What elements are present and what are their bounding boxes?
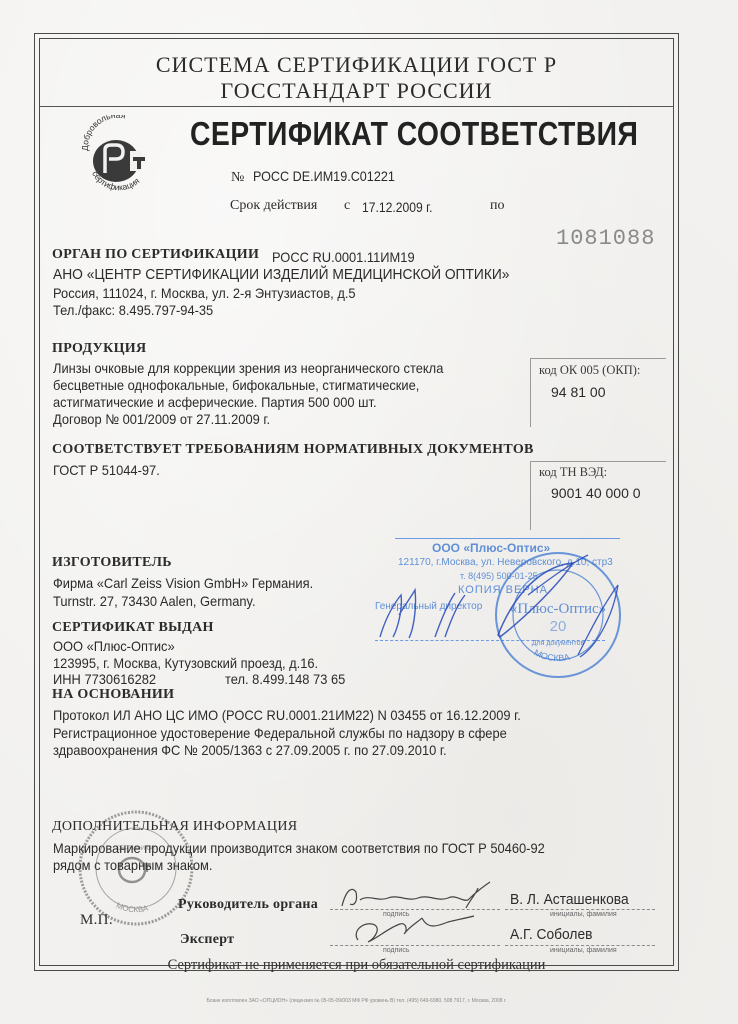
tnved-code-box: код ТН ВЭД: 9001 40 000 0 bbox=[530, 461, 666, 530]
issued-to-company: ООО «Плюс-Оптис» bbox=[53, 638, 175, 655]
expert-name-line bbox=[505, 945, 655, 946]
head-signature-icon bbox=[338, 880, 498, 912]
basis-heading: НА ОСНОВАНИИ bbox=[52, 687, 174, 703]
director-signature-icon bbox=[375, 575, 475, 645]
conformity-standard: ГОСТ Р 51044-97. bbox=[53, 462, 160, 479]
certification-body-name: АНО «ЦЕНТР СЕРТИФИКАЦИИ ИЗДЕЛИЙ МЕДИЦИНС… bbox=[53, 266, 509, 283]
issued-to-phone: тел. 8.499.148 73 65 bbox=[225, 671, 345, 688]
expert-name: А.Г. Соболев bbox=[510, 926, 592, 943]
blank-serial-number: 1081088 bbox=[556, 226, 655, 251]
expert-signature-icon bbox=[348, 912, 478, 948]
svg-text:МОСКВА: МОСКВА bbox=[532, 647, 570, 663]
certificate-page: СИСТЕМА СЕРТИФИКАЦИИ ГОСТ Р ГОССТАНДАРТ … bbox=[0, 0, 738, 1024]
svg-text:СЕРТИФИКАТ: СЕРТИФИКАТ bbox=[116, 846, 156, 852]
certificate-title: СЕРТИФИКАТ СООТВЕТСТВИЯ bbox=[190, 115, 638, 153]
tnved-code-value: 9001 40 000 0 bbox=[551, 485, 641, 501]
basis-registration-period: здравоохранения ФС № 2005/1363 с 27.09.2… bbox=[53, 742, 447, 759]
blank-print-note: Бланк изготовлен ЗАО «ОПЦИОН» (лицензия … bbox=[39, 998, 674, 1004]
manufacturer-address: Turnstr. 27, 73430 Aalen, Germany. bbox=[53, 593, 256, 610]
number-sign: № bbox=[231, 170, 244, 185]
certificate-number: РОСС DE.ИМ19.С01221 bbox=[253, 168, 395, 184]
manufacturer-heading: ИЗГОТОВИТЕЛЬ bbox=[52, 555, 172, 571]
certificate-number-row: № РОСС DE.ИМ19.С01221 bbox=[231, 168, 410, 186]
issued-to-inn: ИНН 7730616282 bbox=[53, 671, 156, 688]
stamp-place-label: М.П. bbox=[80, 912, 113, 929]
svg-text:МОСКВА: МОСКВА bbox=[115, 901, 150, 915]
head-of-body-name: В. Л. Асташенкова bbox=[510, 891, 629, 908]
basis-protocol: Протокол ИЛ АНО ЦС ИМО (РОСС RU.0001.21И… bbox=[53, 707, 521, 724]
product-line: бесцветные однофокальные, бифокальные, с… bbox=[53, 377, 419, 394]
okp-code-box: код ОК 005 (ОКП): 94 81 00 bbox=[530, 358, 666, 427]
conformity-heading: СООТВЕТСТВУЕТ ТРЕБОВАНИЯМ НОРМАТИВНЫХ ДО… bbox=[52, 442, 534, 458]
product-contract: Договор № 001/2009 от 27.11.2009 г. bbox=[53, 411, 270, 428]
expert-name-caption: инициалы, фамилия bbox=[550, 947, 617, 954]
svg-text:«Плюс-Оптис»: «Плюс-Оптис» bbox=[510, 601, 606, 617]
svg-text:20: 20 bbox=[550, 618, 567, 635]
header-divider bbox=[39, 106, 674, 107]
basis-registration: Регистрационное удостоверение Федерально… bbox=[53, 725, 507, 742]
expert-label: Эксперт bbox=[180, 932, 234, 948]
head-of-body-label: Руководитель органа bbox=[178, 897, 318, 913]
rst-voluntary-certification-logo-icon: Добровольная сертификация bbox=[78, 115, 158, 195]
okp-code-label: код ОК 005 (ОКП): bbox=[539, 363, 640, 378]
head-signature-line bbox=[330, 909, 500, 910]
product-line: астигматические и асферические. Партия 5… bbox=[53, 394, 377, 411]
okp-code-value: 94 81 00 bbox=[551, 384, 606, 400]
validity-from-date: 17.12.2009 г. bbox=[362, 200, 433, 215]
head-name-caption: инициалы, фамилия bbox=[550, 911, 617, 918]
validity-to-label: по bbox=[490, 198, 505, 214]
certification-body-heading: ОРГАН ПО СЕРТИФИКАЦИИ bbox=[52, 247, 259, 263]
issued-to-address: 123995, г. Москва, Кутузовский проезд, д… bbox=[53, 655, 318, 672]
gosstandard-title: ГОССТАНДАРТ РОССИИ bbox=[39, 78, 674, 104]
company-round-stamp-icon: «Плюс-Оптис» 20 Для документов МОСКВА bbox=[488, 545, 628, 685]
certification-body-code: РОСС RU.0001.11ИМ19 bbox=[272, 249, 415, 266]
issued-to-heading: СЕРТИФИКАТ ВЫДАН bbox=[52, 620, 214, 636]
expert-signature-line bbox=[330, 945, 500, 946]
certification-body-phone: Тел./факс: 8.495.797-94-35 bbox=[53, 302, 213, 319]
voluntary-only-note: Сертификат не применяется при обязательн… bbox=[39, 957, 674, 974]
tnved-code-label: код ТН ВЭД: bbox=[539, 465, 607, 480]
certification-body-address: Россия, 111024, г. Москва, ул. 2-я Энтуз… bbox=[53, 285, 356, 302]
validity-label: Срок действия bbox=[230, 198, 317, 214]
head-name-line bbox=[505, 909, 655, 910]
expert-signature-caption: подпись bbox=[383, 947, 409, 954]
stamp-top-rule bbox=[395, 538, 620, 539]
certification-system-title: СИСТЕМА СЕРТИФИКАЦИИ ГОСТ Р bbox=[39, 52, 674, 78]
manufacturer-name: Фирма «Carl Zeiss Vision GmbH» Германия. bbox=[53, 575, 313, 592]
validity-from-label: с bbox=[344, 198, 350, 214]
svg-text:Для документов: Для документов bbox=[532, 640, 585, 647]
product-heading: ПРОДУКЦИЯ bbox=[52, 341, 146, 357]
product-line: Линзы очковые для коррекции зрения из не… bbox=[53, 360, 443, 377]
